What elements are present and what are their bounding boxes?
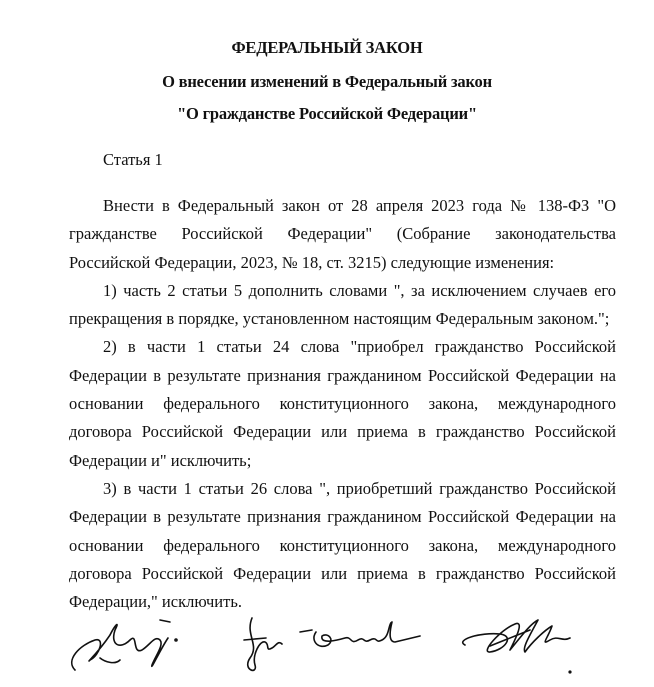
document-subtitle-line1: О внесении изменений в Федеральный закон bbox=[0, 72, 654, 92]
paragraph-item-3: 3) в части 1 статьи 26 слова ", приобрет… bbox=[69, 475, 616, 616]
document-heading: ФЕДЕРАЛЬНЫЙ ЗАКОН bbox=[0, 38, 654, 58]
document-page: ФЕДЕРАЛЬНЫЙ ЗАКОН О внесении изменений в… bbox=[0, 0, 654, 687]
paragraph-item-2: 2) в части 1 статьи 24 слова "приобрел г… bbox=[69, 333, 616, 474]
paragraph-intro: Внести в Федеральный закон от 28 апреля … bbox=[69, 192, 616, 277]
paragraph-item-1: 1) часть 2 статьи 5 дополнить словами ",… bbox=[69, 277, 616, 334]
document-subtitle-line2: "О гражданстве Российской Федерации" bbox=[0, 104, 654, 124]
article-label: Статья 1 bbox=[103, 150, 163, 170]
signatures bbox=[60, 610, 620, 680]
article-body: Внести в Федеральный закон от 28 апреля … bbox=[69, 192, 616, 616]
signature-scribbles-icon bbox=[60, 610, 620, 680]
